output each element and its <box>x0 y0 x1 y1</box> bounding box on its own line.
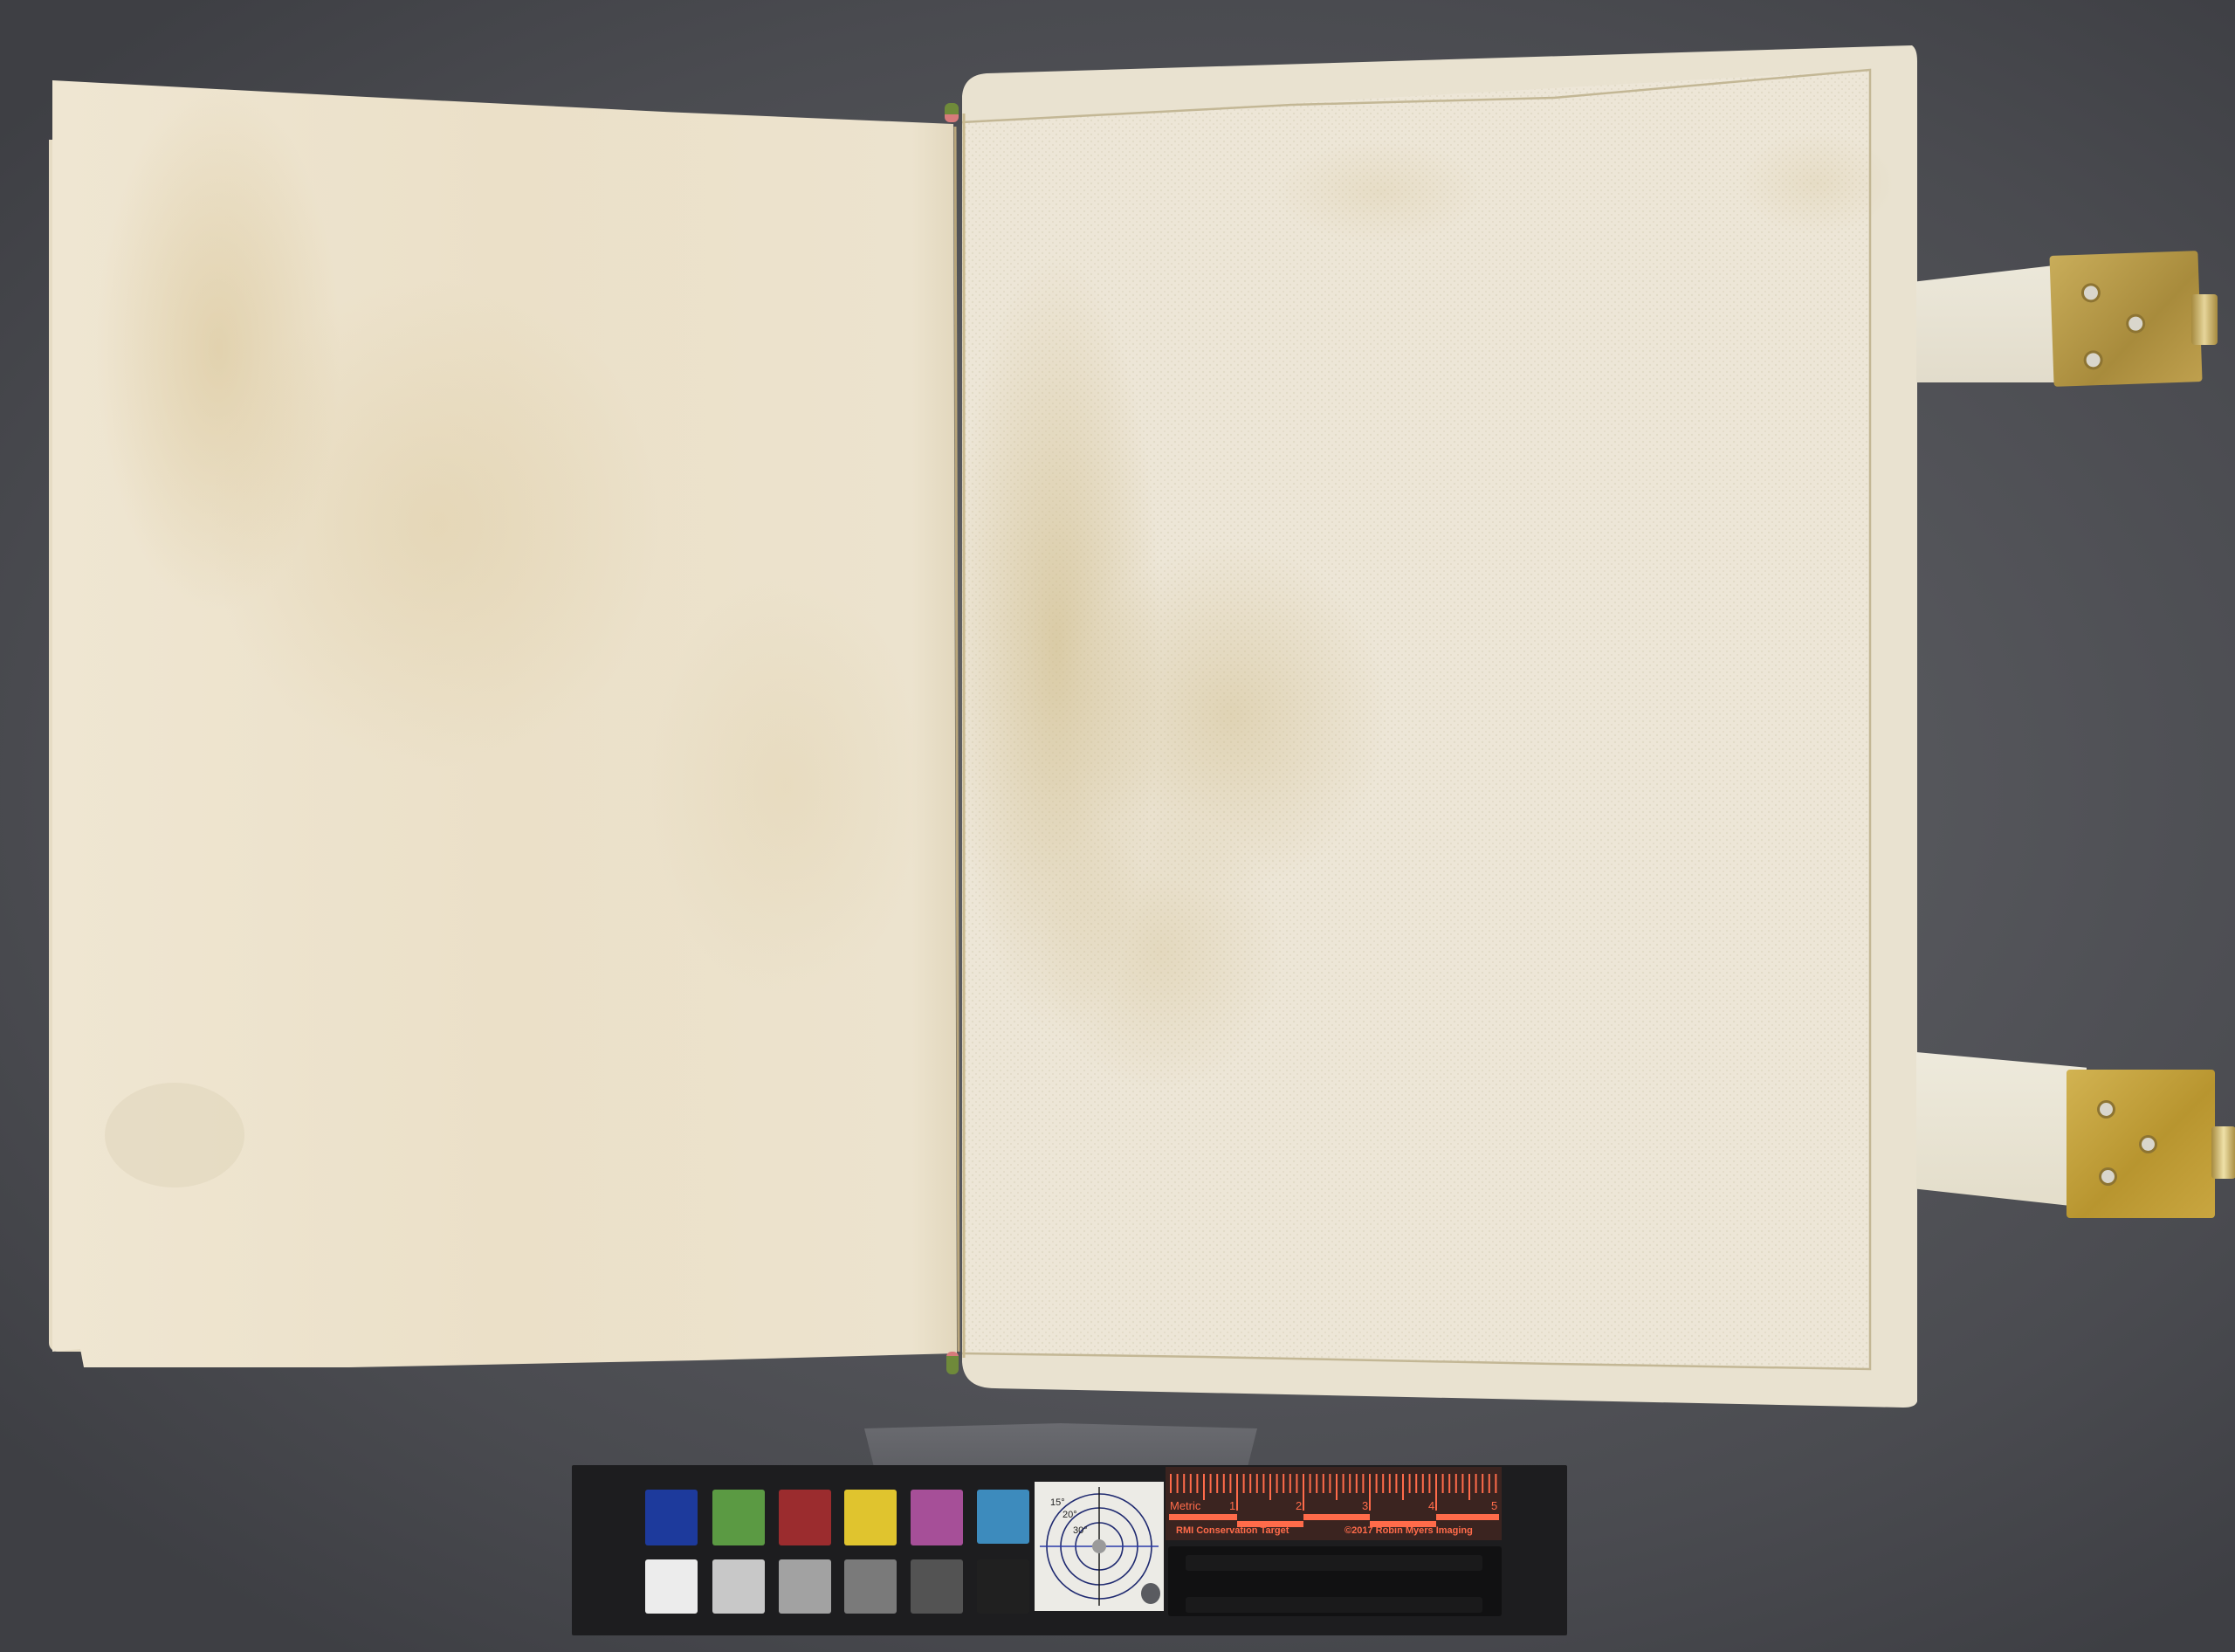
gray-patch-mid <box>844 1559 897 1614</box>
endband-top <box>945 103 959 122</box>
lower-clasp-hinge <box>2211 1126 2235 1179</box>
ruler-number-1: 1 <box>1229 1499 1235 1512</box>
ruler-label: Metric <box>1170 1499 1200 1512</box>
rivet-icon <box>2084 286 2099 300</box>
gray-patch-white <box>645 1559 698 1614</box>
right-cover-board <box>943 35 1929 1423</box>
ruler-number-3: 3 <box>1362 1499 1368 1512</box>
rivet-icon <box>2128 316 2143 331</box>
upper-clasp-strap <box>1916 264 2069 382</box>
lower-clasp[interactable] <box>1916 1052 2235 1222</box>
gray-patch-mid-light <box>779 1559 831 1614</box>
metric-ruler: Metric 1 2 3 4 5 RMI Conservation Target… <box>1166 1467 1502 1540</box>
ruler-number-5: 5 <box>1491 1499 1497 1512</box>
target-caption-left: RMI Conservation Target <box>1176 1525 1289 1536</box>
endband-bottom <box>946 1352 959 1374</box>
upper-clasp-hinge <box>2191 294 2218 345</box>
rivet-icon <box>2101 1170 2115 1183</box>
gray-patch-black <box>977 1559 1029 1614</box>
angle-label-15: 15° <box>1050 1497 1065 1508</box>
rivet-icon <box>2142 1138 2155 1151</box>
gray-patch-dark <box>911 1559 963 1614</box>
target-caption-right: ©2017 Robin Myers Imaging <box>1344 1525 1473 1536</box>
lower-clasp-strap <box>1916 1052 2087 1208</box>
gray-patch-row <box>645 1559 1029 1615</box>
gray-patch-light <box>712 1559 765 1614</box>
color-patch-blue <box>645 1490 698 1545</box>
rivet-icon <box>2086 353 2101 368</box>
color-patch-cyan <box>977 1490 1029 1544</box>
ruler-number-2: 2 <box>1296 1499 1302 1512</box>
rivet-icon <box>2100 1103 2113 1116</box>
color-patch-magenta <box>911 1490 963 1545</box>
angle-label-30: 30° <box>1073 1525 1088 1536</box>
ruler-number-4: 4 <box>1428 1499 1434 1512</box>
color-patch-red <box>779 1490 831 1545</box>
upper-clasp[interactable] <box>1916 244 2231 393</box>
left-flyleaf-page <box>0 0 969 1397</box>
lower-clasp-plate <box>2067 1070 2215 1218</box>
color-calibration-target: 15° 20° 30° <box>572 1465 1567 1635</box>
angle-target-card: 15° 20° 30° <box>1035 1482 1164 1611</box>
upper-clasp-plate <box>2049 251 2202 387</box>
angle-label-20: 20° <box>1062 1510 1077 1520</box>
color-patch-row <box>645 1490 1029 1547</box>
color-patch-yellow <box>844 1490 897 1545</box>
target-slot-recess <box>1168 1546 1502 1616</box>
color-patch-green <box>712 1490 765 1545</box>
